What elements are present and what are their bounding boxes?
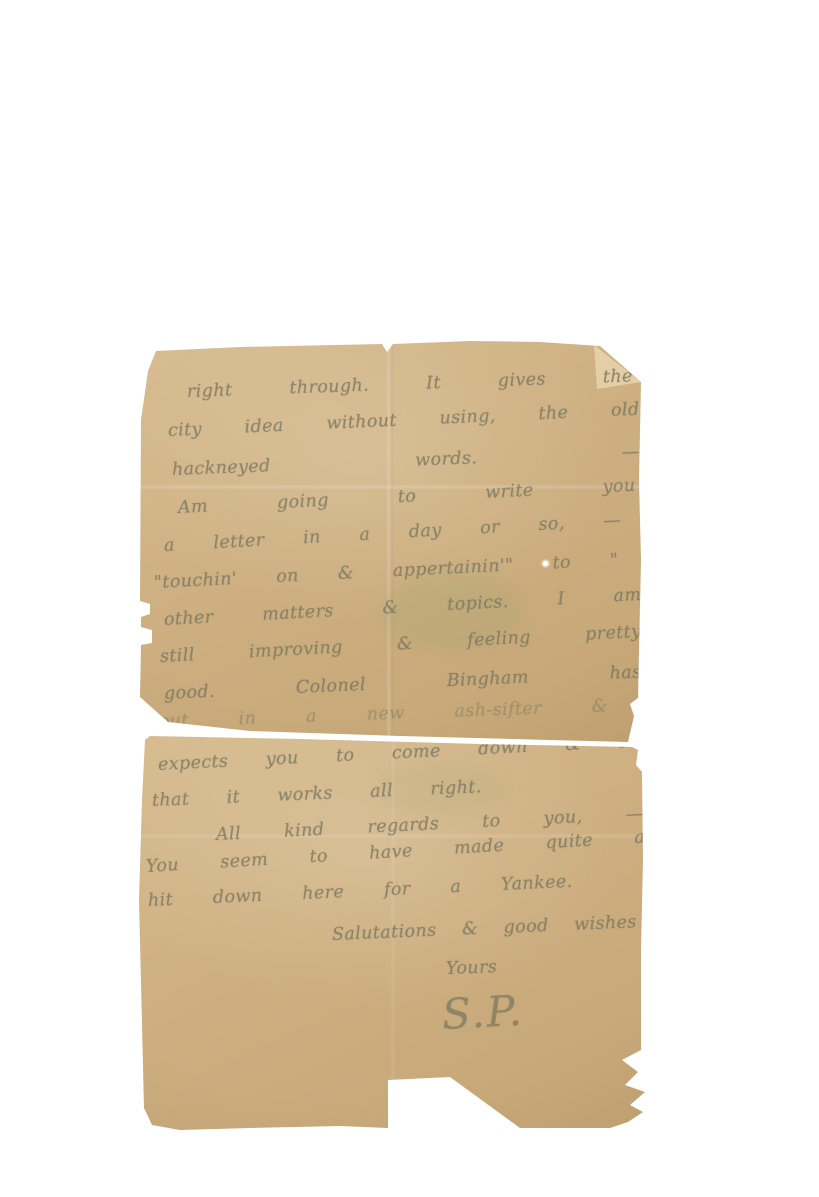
signature: S.P. bbox=[441, 987, 525, 1040]
letter-line: a letter in a day or so, — bbox=[163, 510, 621, 556]
letter-line: hit down here for a Yankee. bbox=[148, 872, 573, 911]
letter-line: still improving & feeling pretty bbox=[159, 622, 641, 667]
letter-closing: Yours bbox=[446, 957, 498, 979]
letter-line: Am going to write you bbox=[178, 476, 636, 518]
letter-line: right through. It gives the bbox=[187, 366, 633, 402]
letter-line: that it works all right. bbox=[152, 777, 483, 811]
letter-fragment-bottom: expects you to come down & see that it w… bbox=[136, 733, 646, 1133]
letter-line: Salutations & good wishes bbox=[332, 912, 638, 945]
letter-photo: right through. It gives the city idea wi… bbox=[0, 0, 819, 1197]
letter-line: other matters & topics. I am bbox=[163, 585, 641, 630]
letter-line: put in a new ash-sifter & bbox=[158, 696, 608, 732]
letter-line: hackneyed words. — bbox=[172, 442, 640, 480]
letter-line: city idea without using, the old bbox=[168, 400, 640, 442]
letter-line: "touchin' on & appertainin'" to " bbox=[154, 550, 619, 593]
letter-fragment-top: right through. It gives the city idea wi… bbox=[138, 340, 642, 745]
